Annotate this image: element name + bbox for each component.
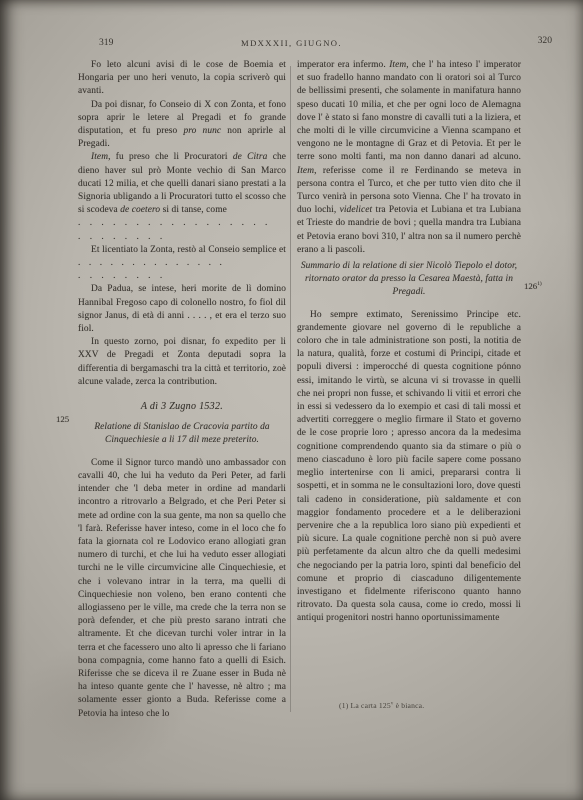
page-number-right: 320 bbox=[538, 35, 552, 46]
text-run: In questo zorno, poi disnar, fo expedito… bbox=[78, 337, 286, 387]
paragraph: Da poi disnar, fo Conseio di X con Zonta… bbox=[78, 99, 286, 152]
ellipsis-line: . . . . . . . . bbox=[78, 231, 286, 244]
text-run: Et licentiato la Zonta, restò al Conseio… bbox=[91, 245, 286, 255]
text-run: (1) La carta 125 bbox=[339, 701, 391, 710]
column-divider-rule bbox=[290, 66, 291, 712]
paragraph: In questo zorno, poi disnar, fo expedito… bbox=[78, 336, 286, 389]
paragraph: imperator era infermo. Item, che l' ha i… bbox=[297, 59, 521, 257]
text-run: è bianca. bbox=[393, 701, 424, 710]
paragraph: Da Padua, se intese, heri morite de lì d… bbox=[78, 283, 286, 336]
superscript-text: 1) bbox=[537, 281, 542, 287]
paragraph: Ho sempre extimato, Serenissimo Principe… bbox=[297, 309, 521, 626]
italic-text: Item bbox=[389, 60, 406, 70]
italic-text: videlicet bbox=[340, 205, 373, 215]
ellipsis-line: . . . . . . . . bbox=[78, 270, 286, 283]
text-run: imperator era infermo. bbox=[297, 60, 389, 70]
italic-text: de Citra bbox=[233, 152, 268, 162]
text-run: Da Padua, se intese, heri morite de lì d… bbox=[78, 284, 286, 334]
text-run: Come il Signor turco mandò uno ambassado… bbox=[78, 458, 286, 719]
margin-note-folio-left: 125 bbox=[56, 414, 69, 424]
text-run: si di tanse, come bbox=[160, 205, 227, 215]
page-header: 319 MDXXXII, GIUGNO. 320 bbox=[0, 37, 583, 51]
text-run: . . . . . . . . . . . . . . bbox=[78, 258, 222, 268]
date-heading: A dì 3 Zugno 1532. bbox=[78, 400, 286, 413]
italic-text: pro nunc bbox=[183, 126, 221, 136]
ellipsis-line: . . . . . . . . . . . . . . . . . bbox=[78, 217, 286, 230]
section-heading: Relatione di Stanislao de Cracovia parti… bbox=[78, 421, 286, 447]
book-page-scan: 319 MDXXXII, GIUGNO. 320 125 1261) Fo le… bbox=[0, 0, 583, 800]
text-run: 126 bbox=[524, 281, 537, 291]
footnote: (1) La carta 125v è bianca. bbox=[339, 701, 424, 710]
paragraph: Fo leto alcuni avisi di le cose de Boemi… bbox=[78, 59, 286, 99]
margin-note-folio-right: 1261) bbox=[524, 281, 542, 291]
italic-text: Item bbox=[297, 166, 314, 176]
paragraph: Item, fu preso che li Procuratori de Cit… bbox=[78, 151, 286, 217]
text-run: , fu preso che li Procuratori bbox=[108, 152, 233, 162]
paragraph: Come il Signor turco mandò uno ambassado… bbox=[78, 457, 286, 721]
section-heading: Summario di la relatione di sier Nicolò … bbox=[297, 260, 521, 300]
italic-text: Item bbox=[91, 152, 108, 162]
italic-text: de coetero bbox=[120, 205, 160, 215]
running-title: MDXXXII, GIUGNO. bbox=[0, 38, 583, 48]
paragraph: Et licentiato la Zonta, restò al Conseio… bbox=[78, 244, 286, 270]
text-run: Fo leto alcuni avisi di le cose de Boemi… bbox=[78, 60, 286, 96]
text-run: , che l' ha inteso l' imperator et suo f… bbox=[297, 60, 521, 162]
left-column: Fo leto alcuni avisi di le cose de Boemi… bbox=[78, 59, 286, 721]
right-column: imperator era infermo. Item, che l' ha i… bbox=[297, 59, 521, 626]
text-run: Ho sempre extimato, Serenissimo Principe… bbox=[297, 310, 521, 624]
